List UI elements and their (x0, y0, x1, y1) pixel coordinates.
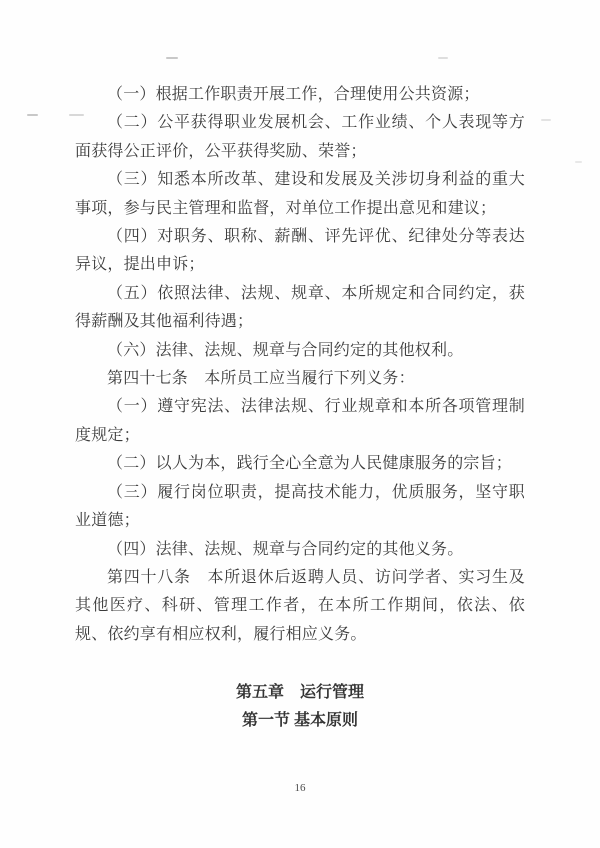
list-item-rights-6: （六）法律、法规、规章与合同约定的其他权利。 (75, 337, 525, 365)
list-item-duties-3: （三）履行岗位职责，提高技术能力，优质服务，坚守职业道德； (75, 479, 525, 536)
headings-block: 第五章 运行管理 第一节 基本原则 (0, 679, 600, 735)
list-item-rights-4: （四）对职务、职称、薪酬、评先评优、纪律处分等表达异议，提出申诉； (75, 223, 525, 280)
section-heading: 第一节 基本原则 (0, 707, 600, 735)
scan-artifact (541, 119, 551, 121)
article-48: 第四十八条 本所退休后返聘人员、访问学者、实习生及其他医疗、科研、管理工作者，在… (75, 564, 525, 649)
scan-artifact (166, 57, 178, 59)
list-item-rights-5: （五）依照法律、法规、规章、本所规定和合同约定，获得薪酬及其他福利待遇； (75, 280, 525, 337)
page-number: 16 (0, 782, 600, 794)
document-page: （一）根据工作职责开展工作，合理使用公共资源； （二）公平获得职业发展机会、工作… (0, 0, 600, 848)
chapter-heading: 第五章 运行管理 (0, 679, 600, 707)
list-item-duties-2: （二）以人为本，践行全心全意为人民健康服务的宗旨； (75, 450, 525, 478)
scan-artifact (27, 114, 38, 116)
scan-artifact (575, 161, 582, 163)
article-47: 第四十七条 本所员工应当履行下列义务： (75, 365, 525, 393)
list-item-duties-4: （四）法律、法规、规章与合同约定的其他义务。 (75, 536, 525, 564)
list-item-rights-2: （二）公平获得职业发展机会、工作业绩、个人表现等方面获得公正评价，公平获得奖励、… (75, 109, 525, 166)
scan-artifact (438, 57, 448, 59)
list-item-rights-1: （一）根据工作职责开展工作，合理使用公共资源； (75, 81, 525, 109)
list-item-duties-1: （一）遵守宪法、法律法规、行业规章和本所各项管理制度规定； (75, 393, 525, 450)
list-item-rights-3: （三）知悉本所改革、建设和发展及关涉切身利益的重大事项，参与民主管理和监督，对单… (75, 166, 525, 223)
body-text: （一）根据工作职责开展工作，合理使用公共资源； （二）公平获得职业发展机会、工作… (75, 81, 525, 649)
